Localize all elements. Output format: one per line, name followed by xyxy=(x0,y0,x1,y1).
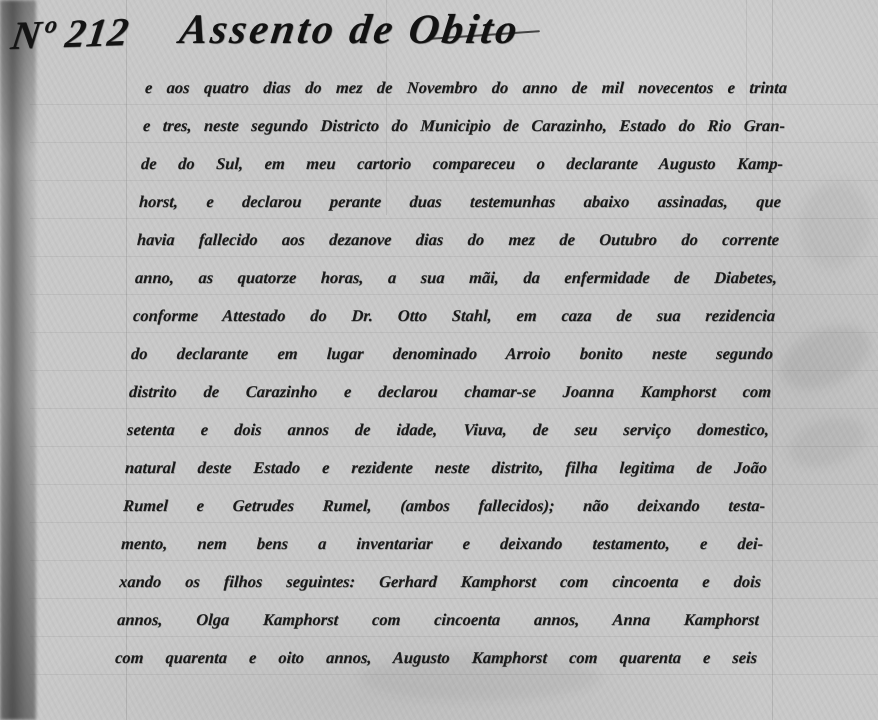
binding-edge-shadow xyxy=(0,0,36,720)
manuscript-line: conforme Attestado do Dr. Otto Stahl, em… xyxy=(132,298,776,336)
manuscript-line: de do Sul, em meu cartorio compareceu o … xyxy=(140,146,784,184)
manuscript-line: natural deste Estado e rezidente neste d… xyxy=(124,450,768,488)
manuscript-line: xando os filhos seguintes: Gerhard Kamph… xyxy=(118,564,762,602)
record-body-text: e aos quatro dias do mez de Novembro do … xyxy=(114,70,788,678)
record-number: Nº 212 xyxy=(8,8,132,59)
scanned-death-record-page: Nº 212 Assento de Obito e aos quatro dia… xyxy=(0,0,878,720)
manuscript-line: do declarante em lugar denominado Arroio… xyxy=(130,336,774,374)
manuscript-line: com quarenta e oito annos, Augusto Kamph… xyxy=(114,640,758,678)
manuscript-line: setenta e dois annos de idade, Viuva, de… xyxy=(126,412,770,450)
manuscript-line: mento, nem bens a inventariar e deixando… xyxy=(120,526,764,564)
manuscript-line: Rumel e Getrudes Rumel, (ambos fallecido… xyxy=(122,488,766,526)
manuscript-line: anno, as quatorze horas, a sua mãi, da e… xyxy=(134,260,778,298)
manuscript-line: horst, e declarou perante duas testemunh… xyxy=(138,184,782,222)
manuscript-line: e aos quatro dias do mez de Novembro do … xyxy=(144,70,788,108)
ink-bleedthrough-smudge xyxy=(771,313,878,402)
manuscript-line: distrito de Carazinho e declarou chamar-… xyxy=(128,374,772,412)
manuscript-line: e tres, neste segundo Districto do Munic… xyxy=(142,108,786,146)
record-title: Assento de Obito xyxy=(177,6,523,54)
manuscript-line: annos, Olga Kamphorst com cincoenta anno… xyxy=(116,602,760,640)
ink-bleedthrough-smudge xyxy=(783,409,873,477)
manuscript-line: havia fallecido aos dezanove dias do mez… xyxy=(136,222,780,260)
ink-bleedthrough-smudge xyxy=(793,175,878,276)
